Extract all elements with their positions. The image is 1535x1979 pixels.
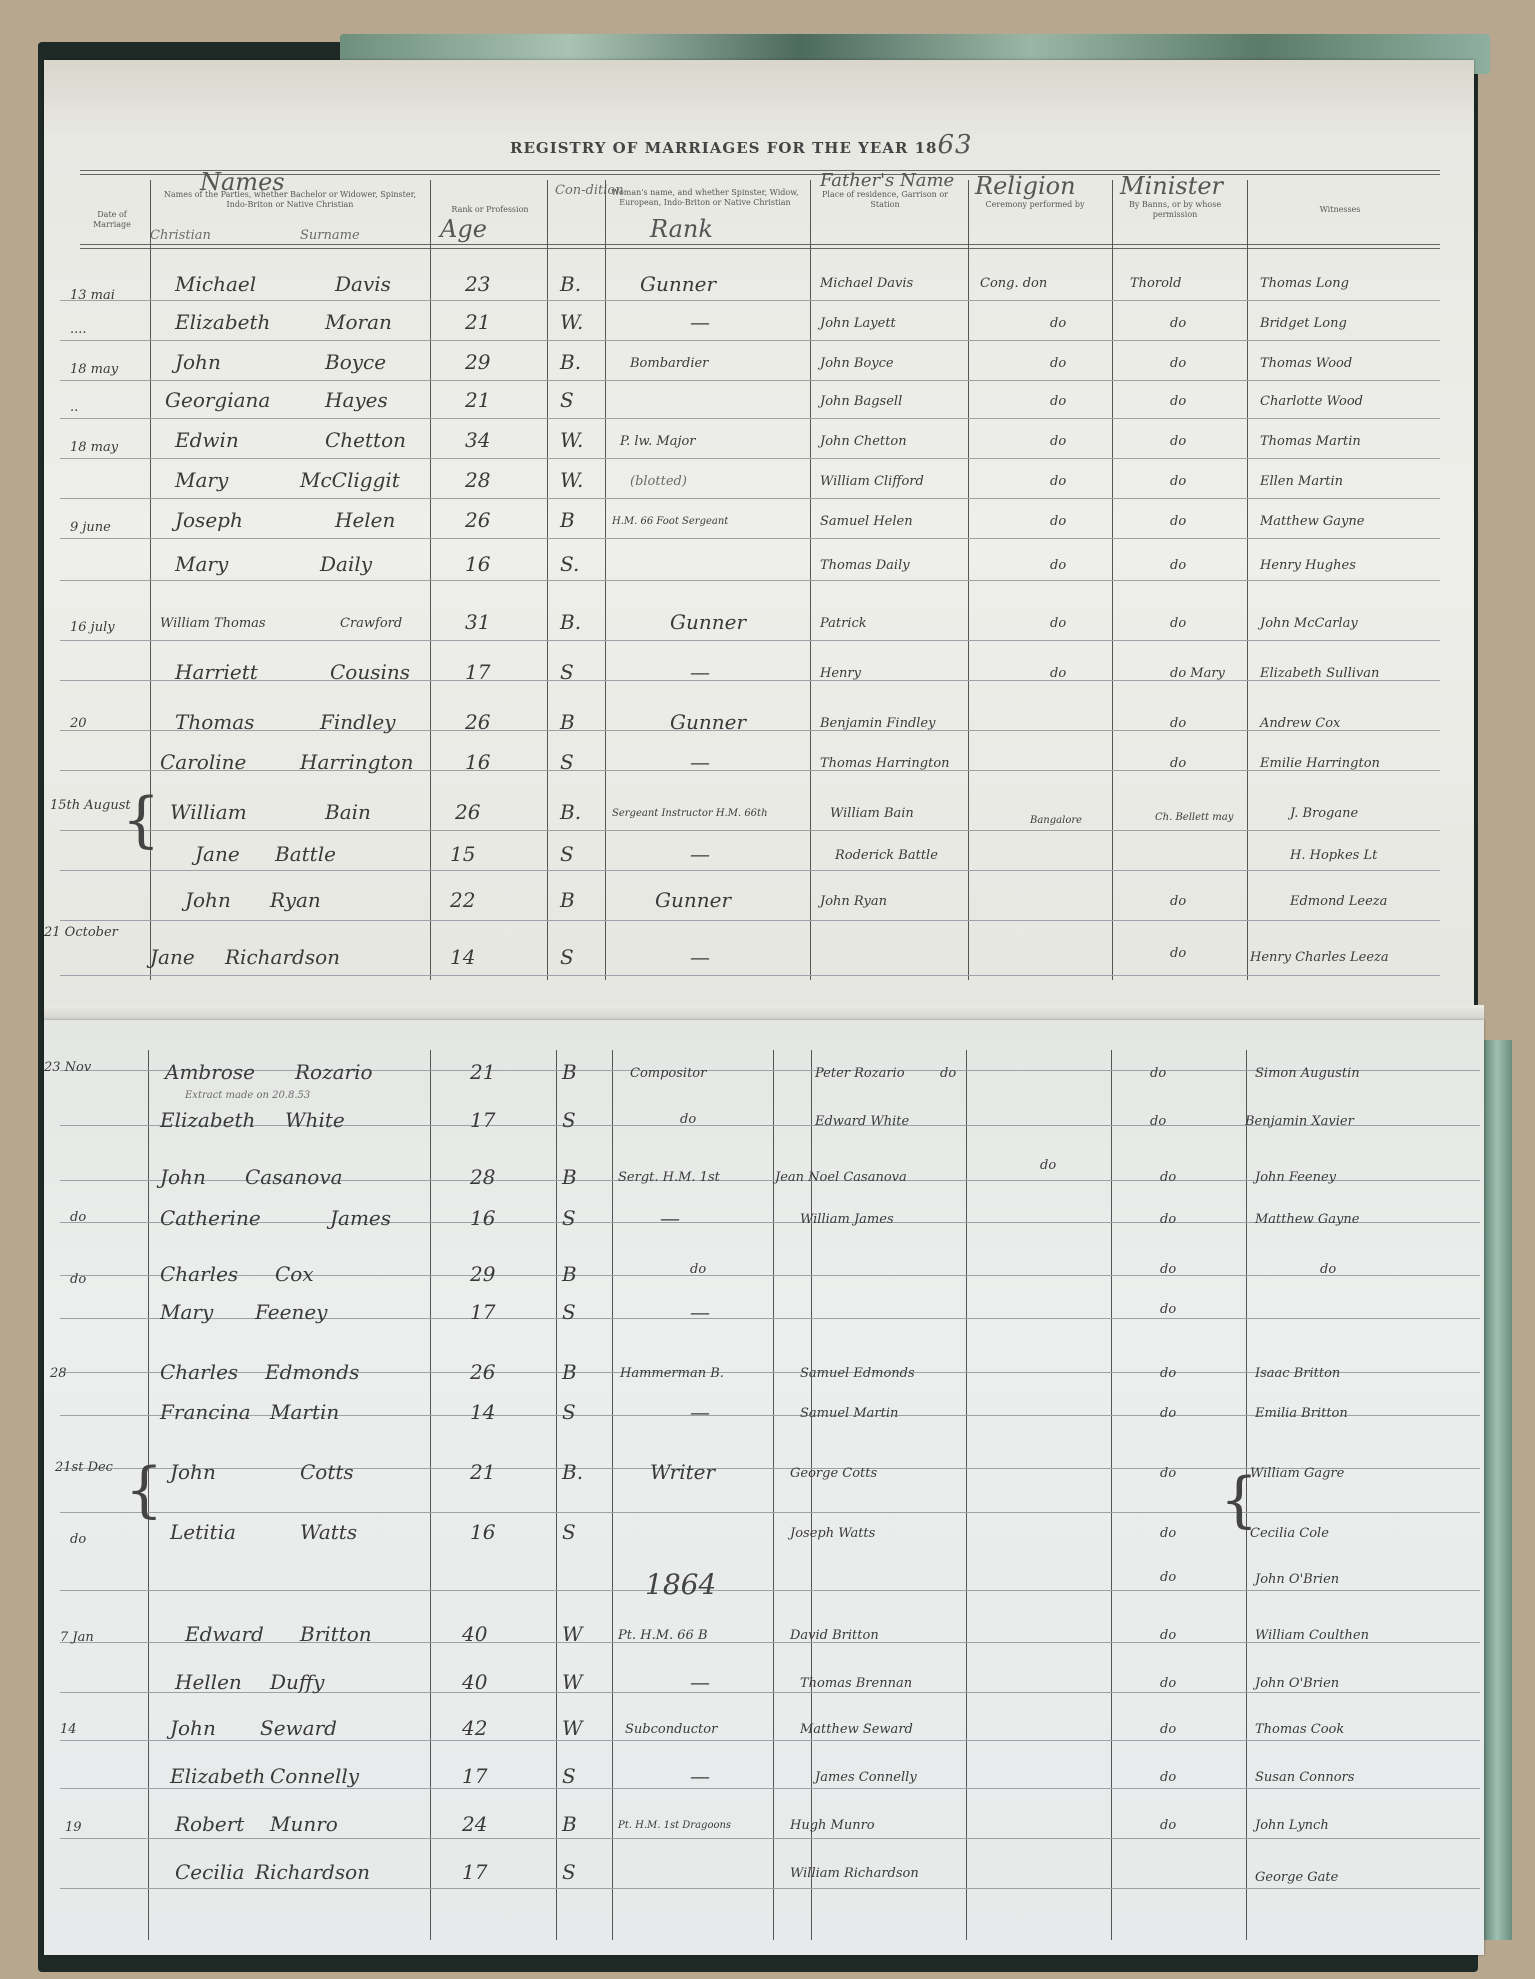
cell-minister: Ch. Bellett may — [1155, 812, 1233, 823]
cell-condition: B — [562, 1060, 577, 1084]
cell-christian: Letitia — [170, 1520, 236, 1544]
cell-christian: Joseph — [175, 508, 243, 532]
cell-condition: W. — [560, 310, 583, 334]
ruling — [60, 458, 1440, 459]
cell-religion: do — [1050, 666, 1066, 681]
cell-witness: John Feeney — [1255, 1170, 1336, 1185]
cell-christian: Caroline — [160, 750, 246, 774]
cell-age: 31 — [465, 610, 490, 634]
cell-christian: Michael — [175, 272, 256, 296]
cell-age: 40 — [462, 1622, 487, 1646]
cell-christian: Elizabeth — [175, 310, 270, 334]
col-header-residence: Place of residence, Garrison or Station — [815, 190, 955, 210]
cell-minister: do — [1170, 756, 1186, 771]
cell-minister: Thorold — [1130, 276, 1181, 291]
cell-religion: do — [1050, 316, 1066, 331]
cell-age: 23 — [465, 272, 490, 296]
cell-christian: Elizabeth — [160, 1108, 255, 1132]
cell-age: 14 — [470, 1400, 495, 1424]
cell-condition: B. — [560, 610, 581, 634]
cell-witness: Elizabeth Sullivan — [1260, 666, 1379, 681]
cell-christian: Thomas — [175, 710, 254, 734]
cell-witness: George Gate — [1255, 1870, 1338, 1885]
cell-date: do — [70, 1532, 86, 1547]
cell-surname: Bain — [325, 800, 371, 824]
cell-father: William Bain — [830, 806, 914, 821]
cell-surname: Watts — [300, 1520, 357, 1544]
cell-father: Patrick — [820, 616, 867, 631]
col-header-rank-hand: Rank — [650, 215, 713, 243]
cell-father: Samuel Martin — [800, 1406, 898, 1421]
cell-age: 26 — [465, 508, 490, 532]
cell-rank: — — [660, 1206, 680, 1230]
cell-rank: Sergt. H.M. 1st — [618, 1170, 720, 1185]
cell-father: Thomas Brennan — [800, 1676, 912, 1691]
cell-age: 40 — [462, 1670, 487, 1694]
cell-rank: Gunner — [670, 710, 746, 734]
cell-christian: Edwin — [175, 428, 239, 452]
cell-minister: do — [1170, 616, 1186, 631]
cell-father: Edward White — [815, 1114, 909, 1129]
cell-condition: B — [562, 1360, 577, 1384]
col-header-rank-printed: Rank or Profession — [440, 205, 540, 215]
cell-witness: Matthew Gayne — [1260, 514, 1364, 529]
cell-minister: do — [1170, 474, 1186, 489]
cell-father: John Chetton — [820, 434, 907, 449]
cell-minister: do — [1170, 716, 1186, 731]
cell-surname: Ryan — [270, 888, 321, 912]
header-rule-bottom — [80, 244, 1440, 249]
cell-christian: Robert — [175, 1812, 244, 1836]
col-header-woman: Woman's name, and whether Spinster, Wido… — [610, 188, 800, 208]
cell-condition: B — [562, 1262, 577, 1286]
ruling — [60, 830, 1440, 831]
ruling — [60, 680, 1440, 681]
cell-age: 21 — [470, 1460, 495, 1484]
cell-date: 18 may — [70, 362, 118, 377]
col-divider — [966, 1050, 967, 1940]
cell-age: 16 — [465, 552, 490, 576]
cell-surname: Findley — [320, 710, 396, 734]
cell-date: 7 Jan — [60, 1630, 94, 1645]
col-header-religion-hand: Religion — [975, 172, 1076, 200]
cell-christian: Charles — [160, 1262, 238, 1286]
cell-minister: do — [1160, 1262, 1176, 1277]
cell-surname: Feeney — [255, 1300, 327, 1324]
cell-rank: Pt. H.M. 1st Dragoons — [618, 1820, 731, 1831]
cell-surname: Richardson — [225, 945, 340, 969]
cell-surname: Seward — [260, 1716, 337, 1740]
cell-witness: Thomas Wood — [1260, 356, 1352, 371]
cell-condition: S — [562, 1108, 576, 1132]
cell-minister: do — [1170, 356, 1186, 371]
ruling — [60, 1512, 1480, 1513]
cell-date: do — [70, 1272, 86, 1287]
cell-date: 20 — [70, 716, 87, 731]
ruling — [60, 1275, 1480, 1276]
cell-date: 15th August — [50, 798, 131, 813]
cell-date: 9 june — [70, 520, 111, 535]
cell-minister: do Mary — [1170, 666, 1225, 681]
col-header-minister-hand: Minister — [1120, 172, 1223, 200]
cell-religion: Bangalore — [1030, 815, 1082, 826]
cell-rank: Compositor — [630, 1066, 706, 1081]
col-header-names-hand: Names — [200, 168, 285, 196]
cell-witness: Emilie Harrington — [1260, 756, 1380, 771]
cell-christian: John — [170, 1716, 216, 1740]
cell-minister: do — [1170, 894, 1186, 909]
cell-rank: — — [690, 750, 710, 774]
cell-condition: W — [562, 1716, 583, 1740]
cell-christian: John — [170, 1460, 216, 1484]
cell-rank: — — [690, 310, 710, 334]
register-title: REGISTRY OF MARRIAGES FOR THE YEAR 1863 — [510, 130, 973, 160]
cell-witness: Henry Charles Leeza — [1250, 950, 1389, 965]
cell-father: Samuel Edmonds — [800, 1366, 915, 1381]
cell-witness: Thomas Cook — [1255, 1722, 1344, 1737]
cell-father: Benjamin Findley — [820, 716, 935, 731]
cell-father: Samuel Helen — [820, 514, 913, 529]
cell-condition: B — [560, 710, 575, 734]
cell-condition: S — [560, 660, 574, 684]
cell-minister: do — [1160, 1676, 1176, 1691]
cell-minister: do — [1170, 558, 1186, 573]
ruling — [60, 870, 1440, 871]
cell-father: William Clifford — [820, 474, 924, 489]
cell-minister: do — [1150, 1066, 1166, 1081]
cell-minister: do — [1160, 1406, 1176, 1421]
cell-age: 28 — [465, 468, 490, 492]
cell-religion: do — [1050, 616, 1066, 631]
ruling — [60, 498, 1440, 499]
cell-surname: Cox — [275, 1262, 314, 1286]
ruling — [60, 538, 1440, 539]
col-divider — [612, 1050, 613, 1940]
cell-condition: W — [562, 1670, 583, 1694]
cell-witness: Bridget Long — [1260, 316, 1347, 331]
cell-minister: do — [1160, 1526, 1176, 1541]
col-header-ceremony: Ceremony performed by — [975, 200, 1095, 210]
cell-witness: Ellen Martin — [1260, 474, 1343, 489]
cell-age: 17 — [462, 1764, 487, 1788]
cell-minister: do — [1170, 316, 1186, 331]
cell-witness: J. Brogane — [1290, 806, 1358, 821]
cell-surname: Munro — [270, 1812, 338, 1836]
cell-condition: S — [560, 945, 574, 969]
cell-rank: — — [690, 1670, 710, 1694]
cell-condition: S — [562, 1400, 576, 1424]
cell-age: 15 — [450, 842, 475, 866]
cell-date: do — [70, 1210, 86, 1225]
cell-condition: S — [560, 388, 574, 412]
cell-age: 14 — [450, 945, 475, 969]
cell-christian: Georgiana — [165, 388, 270, 412]
cell-father: Thomas Harrington — [820, 756, 950, 771]
cell-christian: William Thomas — [160, 616, 266, 631]
cell-condition: S — [560, 750, 574, 774]
cell-rank: do — [690, 1262, 706, 1277]
cell-father: George Cotts — [790, 1466, 877, 1481]
cell-witness: John O'Brien — [1255, 1572, 1339, 1587]
cell-christian: Elizabeth — [170, 1764, 265, 1788]
cell-minister: do — [1160, 1466, 1176, 1481]
cell-father: John Boyce — [820, 356, 894, 371]
cell-rank: do — [680, 1112, 696, 1127]
cell-minister: do — [1170, 394, 1186, 409]
cell-condition: B — [562, 1812, 577, 1836]
ruling — [60, 770, 1440, 771]
cell-surname: Moran — [325, 310, 392, 334]
cell-religion: do — [1050, 356, 1066, 371]
cell-age: 24 — [462, 1812, 487, 1836]
cell-father: John Ryan — [820, 894, 887, 909]
cell-father: Roderick Battle — [835, 848, 938, 863]
cell-rank: Bombardier — [630, 356, 708, 371]
cell-minister: do — [1160, 1628, 1176, 1643]
cell-surname: Helen — [335, 508, 395, 532]
cell-condition: W. — [560, 468, 583, 492]
cell-minister: do — [1160, 1302, 1176, 1317]
cell-age: 17 — [470, 1300, 495, 1324]
cell-father: Hugh Munro — [790, 1818, 875, 1833]
cell-date: 21 October — [44, 925, 118, 940]
cell-father: William James — [800, 1212, 894, 1227]
cell-christian: Jane — [195, 842, 240, 866]
cell-christian: Mary — [160, 1300, 213, 1324]
cell-rank: Gunner — [670, 610, 746, 634]
cell-surname: Rozario — [295, 1060, 373, 1084]
ruling — [60, 418, 1440, 419]
cell-date: .... — [70, 322, 87, 337]
cell-age: 26 — [470, 1360, 495, 1384]
cell-christian: Catherine — [160, 1206, 261, 1230]
cell-witness: William Coulthen — [1255, 1628, 1369, 1643]
cell-rank: P. lw. Major — [620, 434, 696, 449]
cell-father: Thomas Daily — [820, 558, 910, 573]
ruling — [60, 1590, 1480, 1591]
brace-icon: { — [125, 1460, 163, 1520]
cell-age: 17 — [462, 1860, 487, 1884]
cell-date: 28 — [50, 1366, 67, 1381]
cell-rank: Pt. H.M. 66 B — [618, 1628, 708, 1643]
cell-rank: — — [690, 1764, 710, 1788]
cell-christian: Charles — [160, 1360, 238, 1384]
cell-age: 16 — [470, 1520, 495, 1544]
cell-condition: S — [562, 1764, 576, 1788]
cell-witness: Thomas Martin — [1260, 434, 1361, 449]
cell-surname: Hayes — [325, 388, 388, 412]
cell-religion: do — [1040, 1158, 1056, 1173]
cell-rank: Subconductor — [625, 1722, 717, 1737]
cell-minister: do — [1170, 514, 1186, 529]
cell-surname: James — [330, 1206, 391, 1230]
cell-father: Michael Davis — [820, 276, 913, 291]
cell-witness: William Gagre — [1250, 1466, 1344, 1481]
cell-christian: Edward — [185, 1622, 264, 1646]
cell-father: James Connelly — [815, 1770, 917, 1785]
col-divider — [1111, 1050, 1112, 1940]
cell-age: 29 — [470, 1262, 495, 1286]
cell-age: 16 — [465, 750, 490, 774]
cell-christian: Hellen — [175, 1670, 242, 1694]
cell-surname: Martin — [270, 1400, 339, 1424]
cell-rank: — — [690, 1400, 710, 1424]
cell-father: Joseph Watts — [790, 1526, 875, 1541]
cell-religion: do — [1050, 474, 1066, 489]
cell-christian: John — [175, 350, 221, 374]
ruling — [60, 300, 1440, 301]
cell-minister: do — [1160, 1366, 1176, 1381]
extract-note: Extract made on 20.8.53 — [185, 1090, 310, 1101]
cell-surname: White — [285, 1108, 345, 1132]
cell-date: 23 Nov — [44, 1060, 91, 1075]
cell-condition: B. — [562, 1460, 583, 1484]
cell-date: 19 — [65, 1820, 82, 1835]
cell-condition: S — [560, 842, 574, 866]
cell-christian: William — [170, 800, 247, 824]
cell-christian: Ambrose — [165, 1060, 255, 1084]
cell-age: 17 — [465, 660, 490, 684]
cell-condition: B — [562, 1165, 577, 1189]
cell-condition: W — [562, 1622, 583, 1646]
cell-christian: Jane — [150, 945, 195, 969]
cell-condition: B. — [560, 800, 581, 824]
cell-date: 14 — [60, 1722, 77, 1737]
cell-condition: S — [562, 1520, 576, 1544]
cell-rank: Hammerman B. — [620, 1366, 724, 1381]
cell-religion: do — [1050, 434, 1066, 449]
cell-minister: do — [1160, 1770, 1176, 1785]
cell-surname: Connelly — [270, 1764, 359, 1788]
cell-father: William Richardson — [790, 1866, 919, 1881]
cell-witness: Susan Connors — [1255, 1770, 1354, 1785]
cell-minister: do — [1150, 1114, 1166, 1129]
cell-age: 21 — [465, 310, 490, 334]
cell-religion: do — [1050, 514, 1066, 529]
cell-witness: Simon Augustin — [1255, 1066, 1360, 1081]
cell-witness: Edmond Leeza — [1290, 894, 1387, 909]
cell-minister: do — [1160, 1570, 1176, 1585]
cell-surname: Harrington — [300, 750, 414, 774]
cell-age: 16 — [470, 1206, 495, 1230]
cell-witness: Henry Hughes — [1260, 558, 1356, 573]
col-sub-surname: Surname — [300, 228, 360, 243]
cell-rank: — — [690, 660, 710, 684]
cell-christian: Mary — [175, 468, 228, 492]
col-header-father-hand: Father's Name — [820, 170, 954, 191]
col-header-witnesses: Witnesses — [1280, 205, 1400, 215]
cell-age: 21 — [465, 388, 490, 412]
cell-condition: S. — [560, 552, 579, 576]
cell-rank: Gunner — [640, 272, 716, 296]
ruling — [60, 340, 1440, 341]
col-header-names: Names of the Parties, whether Bachelor o… — [160, 190, 420, 210]
cell-condition: B. — [560, 350, 581, 374]
cell-surname: Davis — [335, 272, 391, 296]
cell-christian: Harriett — [175, 660, 258, 684]
cell-father: David Britton — [790, 1628, 879, 1643]
cell-surname: Cotts — [300, 1460, 354, 1484]
cell-witness: H. Hopkes Lt — [1290, 848, 1377, 863]
cell-rank: H.M. 66 Foot Sergeant — [612, 516, 728, 527]
ruling — [60, 730, 1440, 731]
ruling — [60, 1838, 1480, 1839]
cell-witness: Isaac Britton — [1255, 1366, 1340, 1381]
cell-date: .. — [70, 400, 78, 415]
cell-surname: Casanova — [245, 1165, 343, 1189]
cell-age: 17 — [470, 1108, 495, 1132]
cell-surname: Battle — [275, 842, 336, 866]
cell-condition: B. — [560, 272, 581, 296]
col-header-age-hand: Age — [440, 215, 487, 243]
cell-age: 28 — [470, 1165, 495, 1189]
cell-age: 29 — [465, 350, 490, 374]
cell-surname: Boyce — [325, 350, 386, 374]
cell-christian: Cecilia — [175, 1860, 244, 1884]
cell-father: Jean Noel Casanova — [775, 1170, 907, 1185]
cell-minister: do — [1160, 1212, 1176, 1227]
cell-date: 18 may — [70, 440, 118, 455]
cell-condition: S — [562, 1860, 576, 1884]
register-page-bottom — [44, 1020, 1484, 1955]
cell-christian: John — [160, 1165, 206, 1189]
cell-christian: John — [185, 888, 231, 912]
cell-minister: do — [1160, 1818, 1176, 1833]
cell-date: 16 july — [70, 620, 115, 635]
cell-minister: do — [1170, 946, 1186, 961]
cell-date: 21st Dec — [55, 1460, 113, 1475]
ruling — [60, 580, 1440, 581]
cell-christian: Mary — [175, 552, 228, 576]
cell-condition: S — [562, 1206, 576, 1230]
cell-father: John Layett — [820, 316, 896, 331]
cell-surname: Richardson — [255, 1860, 370, 1884]
cell-minister: do — [1160, 1722, 1176, 1737]
ruling — [60, 975, 1440, 976]
cell-witness: John Lynch — [1255, 1818, 1329, 1833]
ruling — [60, 1788, 1480, 1789]
cell-age: 21 — [470, 1060, 495, 1084]
cell-condition: W. — [560, 428, 583, 452]
cell-rank: — — [690, 842, 710, 866]
cell-surname: McCliggit — [300, 468, 400, 492]
cell-witness: Matthew Gayne — [1255, 1212, 1359, 1227]
cell-witness: John O'Brien — [1255, 1676, 1339, 1691]
cell-rank: — — [690, 1300, 710, 1324]
col-divider — [773, 1050, 774, 1940]
cell-witness: Andrew Cox — [1260, 716, 1340, 731]
cell-witness: Charlotte Wood — [1260, 394, 1363, 409]
cell-father: John Bagsell — [820, 394, 902, 409]
cell-surname: Cousins — [330, 660, 410, 684]
cell-witness: Cecilia Cole — [1250, 1526, 1329, 1541]
cell-surname: Chetton — [325, 428, 406, 452]
col-header-banns: By Banns, or by whose permission — [1110, 200, 1240, 220]
cell-religion: do — [1050, 394, 1066, 409]
cell-minister: do — [1170, 434, 1186, 449]
cell-witness: Emilia Britton — [1255, 1406, 1348, 1421]
cell-rank: Sergeant Instructor H.M. 66th — [612, 808, 768, 819]
col-divider — [556, 1050, 557, 1940]
year-marker-1864: 1864 — [645, 1568, 716, 1601]
cell-religion: do — [1050, 558, 1066, 573]
cell-condition: B — [560, 888, 575, 912]
cell-father: Matthew Seward — [800, 1722, 913, 1737]
cell-condition: S — [562, 1300, 576, 1324]
col-header-date: Date of Marriage — [82, 210, 142, 230]
cell-witness: John McCarlay — [1260, 616, 1358, 631]
ruling — [60, 640, 1440, 641]
